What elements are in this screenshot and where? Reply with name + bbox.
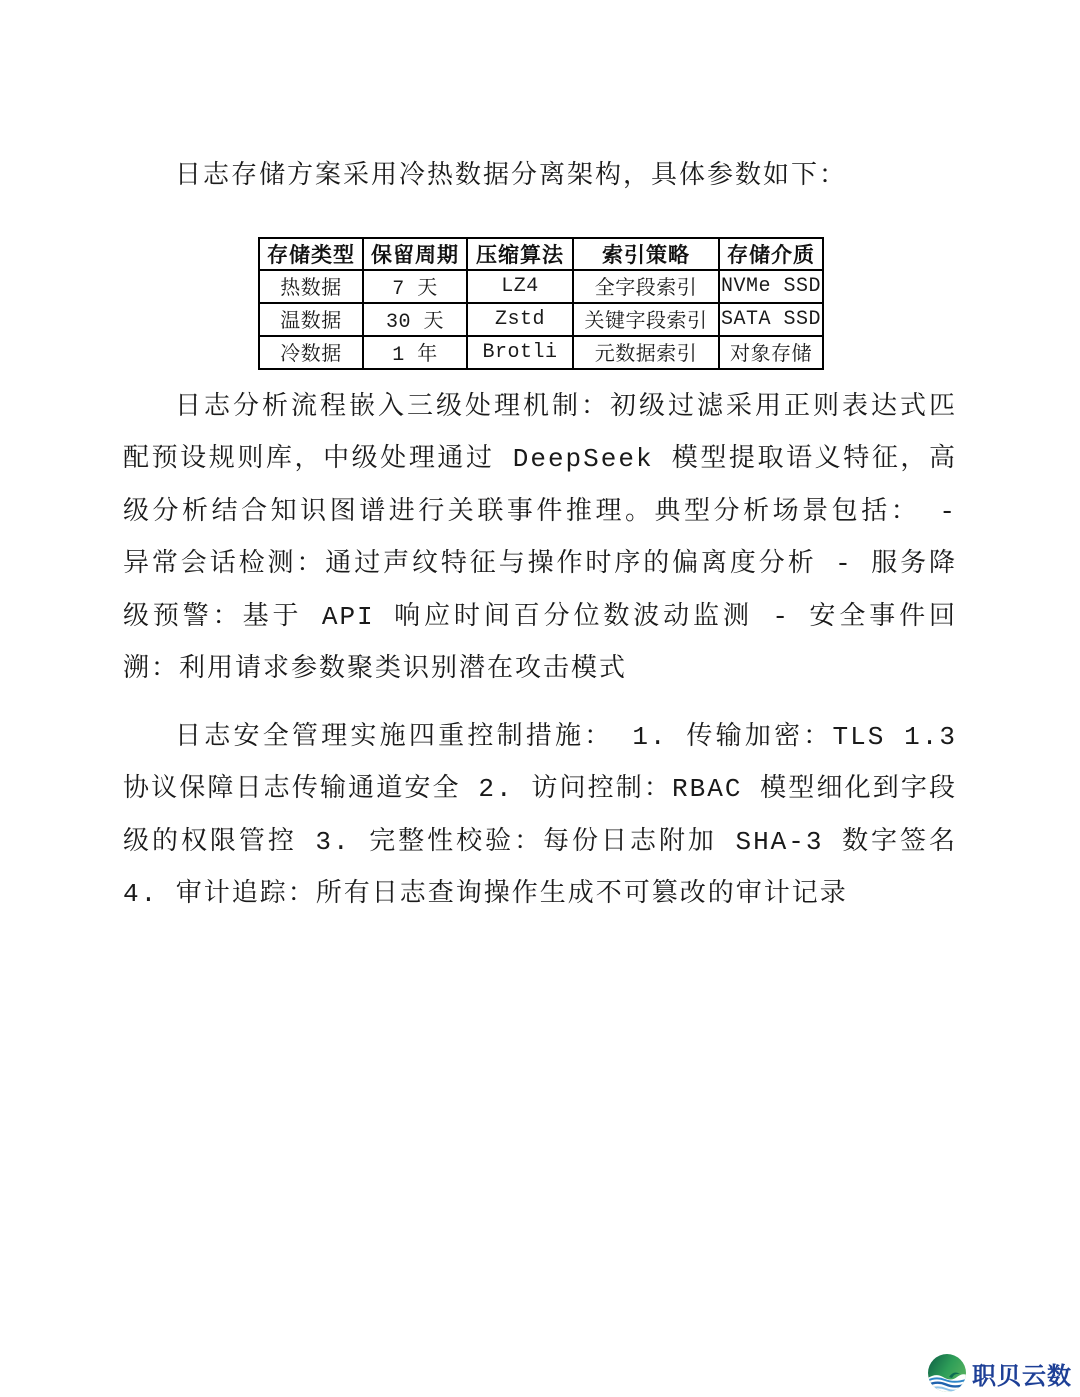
table-cell: 对象存储 — [719, 336, 823, 369]
table-cell: 热数据 — [259, 270, 363, 303]
table-cell: Brotli — [467, 336, 573, 369]
table-cell: 全字段索引 — [573, 270, 719, 303]
storage-table: 存储类型 保留周期 压缩算法 索引策略 存储介质 热数据 7 天 LZ4 全字段… — [258, 237, 824, 370]
table-row: 热数据 7 天 LZ4 全字段索引 NVMe SSD — [259, 270, 823, 303]
table-header-cell: 存储类型 — [259, 238, 363, 270]
table-cell: 30 天 — [363, 303, 467, 336]
table-header-cell: 索引策略 — [573, 238, 719, 270]
table-cell: 7 天 — [363, 270, 467, 303]
table-cell: 1 年 — [363, 336, 467, 369]
table-cell: NVMe SSD — [719, 270, 823, 303]
table-cell: SATA SSD — [719, 303, 823, 336]
table-row: 温数据 30 天 Zstd 关键字段索引 SATA SSD — [259, 303, 823, 336]
brand-watermark: 职贝云数 — [927, 1353, 1072, 1393]
table-cell: 关键字段索引 — [573, 303, 719, 336]
table-header-cell: 存储介质 — [719, 238, 823, 270]
table-cell: 温数据 — [259, 303, 363, 336]
table-header-row: 存储类型 保留周期 压缩算法 索引策略 存储介质 — [259, 238, 823, 270]
analysis-paragraph: 日志分析流程嵌入三级处理机制：初级过滤采用正则表达式匹配预设规则库，中级处理通过… — [123, 381, 957, 696]
document-page: 日志存储方案采用冷热数据分离架构，具体参数如下： 存储类型 保留周期 压缩算法 … — [0, 0, 1080, 1397]
intro-paragraph: 日志存储方案采用冷热数据分离架构，具体参数如下： — [123, 150, 957, 203]
storage-table-wrapper: 存储类型 保留周期 压缩算法 索引策略 存储介质 热数据 7 天 LZ4 全字段… — [258, 237, 957, 370]
table-row: 冷数据 1 年 Brotli 元数据索引 对象存储 — [259, 336, 823, 369]
table-header-cell: 保留周期 — [363, 238, 467, 270]
security-paragraph: 日志安全管理实施四重控制措施： 1. 传输加密：TLS 1.3 协议保障日志传输… — [123, 711, 957, 921]
table-cell: 元数据索引 — [573, 336, 719, 369]
table-cell: 冷数据 — [259, 336, 363, 369]
table-cell: LZ4 — [467, 270, 573, 303]
table-cell: Zstd — [467, 303, 573, 336]
table-header-cell: 压缩算法 — [467, 238, 573, 270]
document-content: 日志存储方案采用冷热数据分离架构，具体参数如下： 存储类型 保留周期 压缩算法 … — [123, 0, 957, 921]
wave-globe-icon — [927, 1353, 967, 1393]
brand-logo-text: 职贝云数 — [972, 1356, 1072, 1391]
